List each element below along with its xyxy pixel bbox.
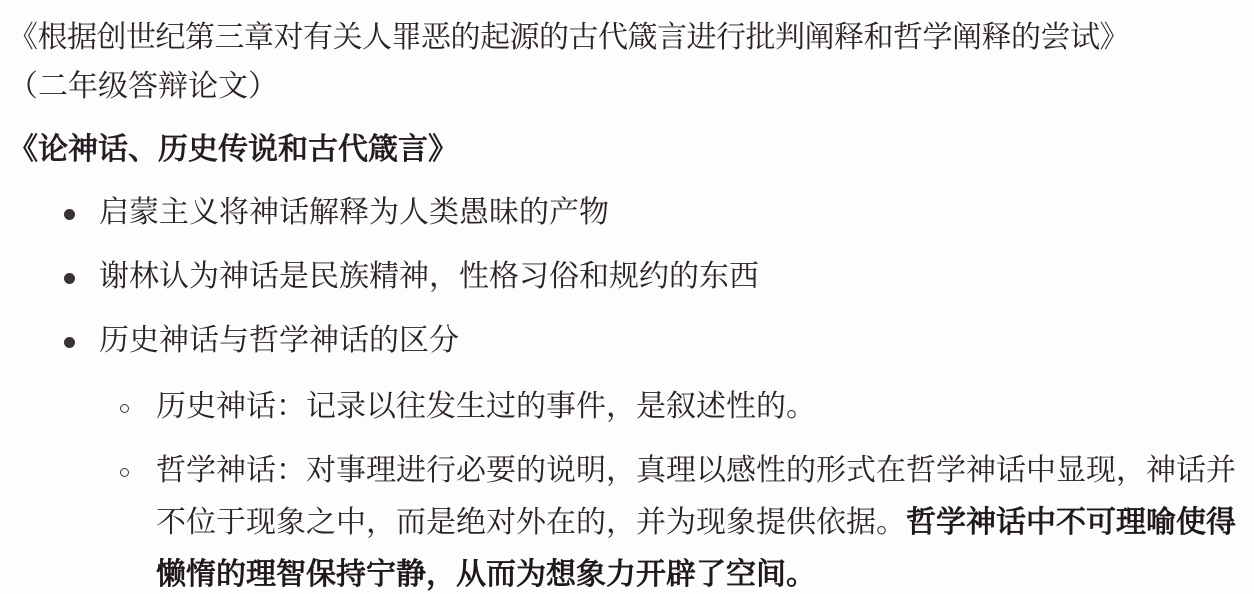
sub-list-item-text: 哲学神话：对事理进行必要的说明，真理以感性的形式在哲学神话中显现，神话并不位于现…: [156, 445, 1248, 594]
bullet-circle-icon: [120, 468, 129, 477]
list-item-text: 启蒙主义将神话解释为人类愚昧的产物: [99, 195, 609, 231]
bullet-disc-icon: [64, 273, 75, 284]
document-subtitle: （二年级答辩论文）: [8, 69, 278, 105]
bullet-disc-icon: [64, 337, 75, 348]
sub-list-item-text: 历史神话：记录以往发生过的事件，是叙述性的。: [156, 389, 816, 425]
bullet-circle-icon: [120, 404, 129, 413]
bullet-disc-icon: [64, 209, 75, 220]
document-title: 《根据创世纪第三章对有关人罪恶的起源的古代箴言进行批判阐释和哲学阐释的尝试》: [8, 20, 1129, 56]
section-heading: 《论神话、历史传说和古代箴言》: [8, 132, 458, 168]
list-item-text: 历史神话与哲学神话的区分: [99, 323, 459, 359]
list-item-text: 谢林认为神话是民族精神，性格习俗和规约的东西: [99, 259, 759, 295]
document-page: 《根据创世纪第三章对有关人罪恶的起源的古代箴言进行批判阐释和哲学阐释的尝试》 （…: [0, 0, 1254, 594]
